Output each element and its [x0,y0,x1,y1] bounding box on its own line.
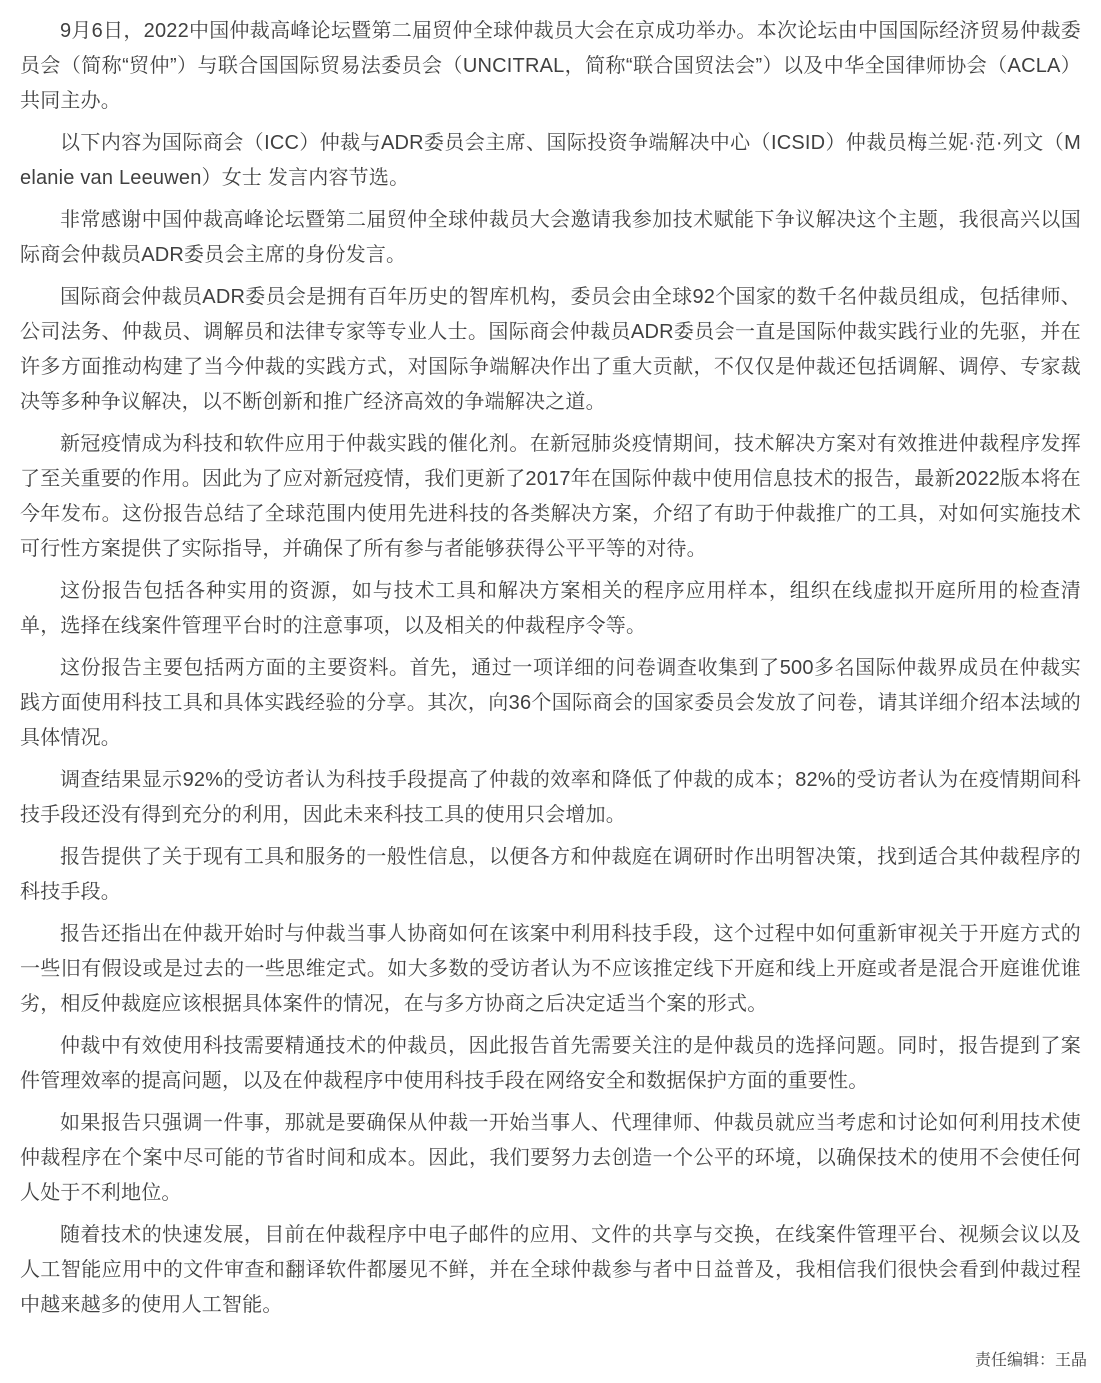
article-paragraph-report-resources: 这份报告包括各种实用的资源，如与技术工具和解决方案相关的程序应用样本，组织在线虚… [20,574,1081,644]
article-paragraph-icc-committee: 国际商会仲裁员ADR委员会是拥有百年历史的智库机构，委员会由全球92个国家的数千… [20,280,1081,420]
article-paragraph-covid-report: 新冠疫情成为科技和软件应用于仲裁实践的催化剂。在新冠肺炎疫情期间，技术解决方案对… [20,427,1081,567]
article-paragraph-arbitrator-selection: 仲裁中有效使用科技需要精通技术的仲裁员，因此报告首先需要关注的是仲裁员的选择问题… [20,1029,1081,1099]
article-paragraph-intro: 9月6日，2022中国仲裁高峰论坛暨第二届贸仲全球仲裁员大会在京成功举办。本次论… [20,14,1081,119]
article-paragraph-key-message: 如果报告只强调一件事，那就是要确保从仲裁一开始当事人、代理律师、仲裁员就应当考虑… [20,1106,1081,1211]
article-paragraph-thanks: 非常感谢中国仲裁高峰论坛暨第二届贸仲全球仲裁员大会邀请我参加技术赋能下争议解决这… [20,203,1081,273]
article-paragraph-hearing-format: 报告还指出在仲裁开始时与仲裁当事人协商如何在该案中利用科技手段，这个过程中如何重… [20,917,1081,1022]
article-paragraph-outlook: 随着技术的快速发展，目前在仲裁程序中电子邮件的应用、文件的共享与交换，在线案件管… [20,1218,1081,1323]
editor-credit: 责任编辑：王晶 [0,1349,1101,1373]
article-body: 9月6日，2022中国仲裁高峰论坛暨第二届贸仲全球仲裁员大会在京成功举办。本次论… [0,0,1101,1323]
article-paragraph-speaker: 以下内容为国际商会（ICC）仲裁与ADR委员会主席、国际投资争端解决中心（ICS… [20,126,1081,196]
article-paragraph-tools-info: 报告提供了关于现有工具和服务的一般性信息，以便各方和仲裁庭在调研时作出明智决策，… [20,840,1081,910]
article-paragraph-report-sources: 这份报告主要包括两方面的主要资料。首先，通过一项详细的问卷调查收集到了500多名… [20,651,1081,756]
article-paragraph-survey-results: 调查结果显示92%的受访者认为科技手段提高了仲裁的效率和降低了仲裁的成本；82%… [20,763,1081,833]
